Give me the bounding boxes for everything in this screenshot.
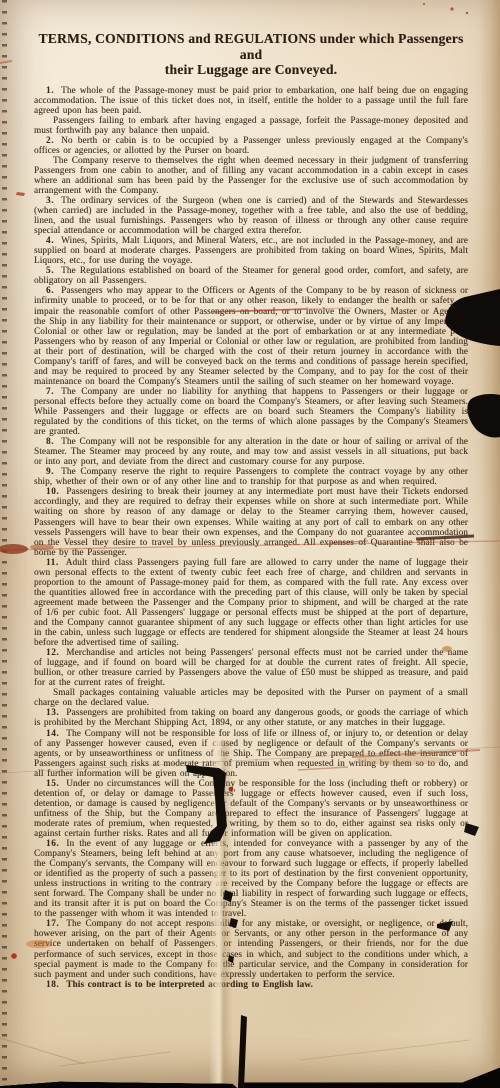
clause-paragraph: 8.The Company will not be responsible fo…: [34, 436, 468, 466]
clause-text: Wines, Spirits, Malt Liquors, and Minera…: [34, 235, 468, 265]
document-page: TERMS, CONDITIONS and REGULATIONS under …: [0, 0, 500, 1088]
clause-number: 13.: [46, 707, 66, 717]
clause-text: This contract is to be interpreted accor…: [66, 979, 313, 989]
clause-text: The Company will not be responsible for …: [34, 436, 468, 466]
clause-number: 6.: [46, 285, 61, 295]
perforation-edge: [2, 0, 7, 1088]
clause-number: 9.: [46, 466, 61, 476]
document-title: TERMS, CONDITIONS and REGULATIONS under …: [34, 31, 468, 78]
clause-paragraph: 18.This contract is to be interpreted ac…: [34, 979, 468, 989]
clause-number: [46, 687, 53, 697]
clause-paragraph: 9.The Company reserve the right to requi…: [34, 466, 468, 486]
clause-number: 2.: [46, 135, 61, 145]
clauses-list: 1.The whole of the Passage-money must be…: [34, 85, 468, 989]
clause-text: Adult third class Passengers paying full…: [34, 557, 468, 647]
clause-text: Passengers desiring to break their journ…: [34, 486, 468, 556]
clause-text: The ordinary services of the Surgeon (wh…: [34, 195, 468, 235]
clause-number: 8.: [46, 436, 61, 446]
clause-number: 4.: [46, 235, 61, 245]
clause-paragraph: 4.Wines, Spirits, Malt Liquors, and Mine…: [34, 235, 468, 265]
clause-paragraph: 7.The Company are under no liability for…: [34, 386, 468, 436]
clause-paragraph: 3.The ordinary services of the Surgeon (…: [34, 195, 468, 235]
clause-text: The Regulations established on board of …: [34, 265, 468, 285]
clause-paragraph: 13.Passengers are prohibited from taking…: [34, 707, 468, 727]
clause-number: 11.: [46, 557, 66, 567]
clause-paragraph: 2.No berth or cabin is to be occupied by…: [34, 135, 468, 155]
clause-paragraph: 6.Passengers who may appear to the Offic…: [34, 285, 468, 385]
clause-text: No berth or cabin is to be occupied by a…: [34, 135, 468, 155]
document-title-line2: their Luggage are Conveyed.: [34, 62, 468, 78]
document-title-line1: TERMS, CONDITIONS and REGULATIONS under …: [34, 31, 468, 62]
clause-text: Passengers who may appear to the Officer…: [34, 285, 468, 385]
clause-text: Under no circumstances will the Company …: [34, 778, 468, 838]
clause-number: 3.: [46, 195, 61, 205]
clause-paragraph: 1.The whole of the Passage-money must be…: [34, 85, 468, 115]
clause-paragraph: 10.Passengers desiring to break their jo…: [34, 486, 468, 556]
clause-paragraph: 11.Adult third class Passengers paying f…: [34, 557, 468, 647]
clause-text: The Company will not be responsible for …: [34, 728, 468, 778]
clause-number: [46, 155, 53, 165]
clause-number: 1.: [46, 85, 61, 95]
clause-paragraph: Small packages containing valuable artic…: [34, 687, 468, 707]
clause-number: 15.: [46, 778, 66, 788]
clause-number: 16.: [46, 838, 66, 848]
clause-number: [46, 115, 53, 125]
clause-paragraph: 16.In the event of any luggage or effect…: [34, 838, 468, 918]
clause-text: In the event of any luggage or effects, …: [34, 838, 468, 918]
document-content: TERMS, CONDITIONS and REGULATIONS under …: [0, 0, 500, 1088]
clause-number: 7.: [46, 386, 61, 396]
fold-crease: [209, 740, 233, 1088]
clause-number: 10.: [46, 486, 66, 496]
clause-text: Small packages containing valuable artic…: [34, 687, 468, 707]
paper-deckle-edge: [480, 0, 500, 1088]
clause-text: The whole of the Passage-money must be p…: [34, 85, 468, 115]
clause-paragraph: 12.Merchandise and articles not being Pa…: [34, 647, 468, 687]
clause-text: Merchandise and articles not being Passe…: [34, 647, 468, 687]
clause-number: 17.: [46, 918, 66, 928]
clause-paragraph: 15.Under no circumstances will the Compa…: [34, 778, 468, 838]
clause-paragraph: The Company reserve to themselves the ri…: [34, 155, 468, 195]
clause-paragraph: 14.The Company will not be responsible f…: [34, 728, 468, 778]
clause-text: Passengers are prohibited from taking on…: [34, 707, 468, 727]
clause-text: The Company reserve the right to require…: [34, 466, 468, 486]
clause-number: 12.: [46, 647, 66, 657]
clause-text: The Company reserve to themselves the ri…: [34, 155, 468, 195]
clause-paragraph: 17.The Company do not accept responsibil…: [34, 918, 468, 978]
clause-number: 18.: [46, 979, 66, 989]
clause-paragraph: 5.The Regulations established on board o…: [34, 265, 468, 285]
clause-text: Passengers failing to embark after havin…: [34, 115, 468, 135]
clause-number: 5.: [46, 265, 61, 275]
clause-text: The Company are under no liability for a…: [34, 386, 468, 436]
clause-text: The Company do not accept responsibility…: [34, 918, 468, 978]
clause-number: 14.: [46, 728, 66, 738]
clause-paragraph: Passengers failing to embark after havin…: [34, 115, 468, 135]
